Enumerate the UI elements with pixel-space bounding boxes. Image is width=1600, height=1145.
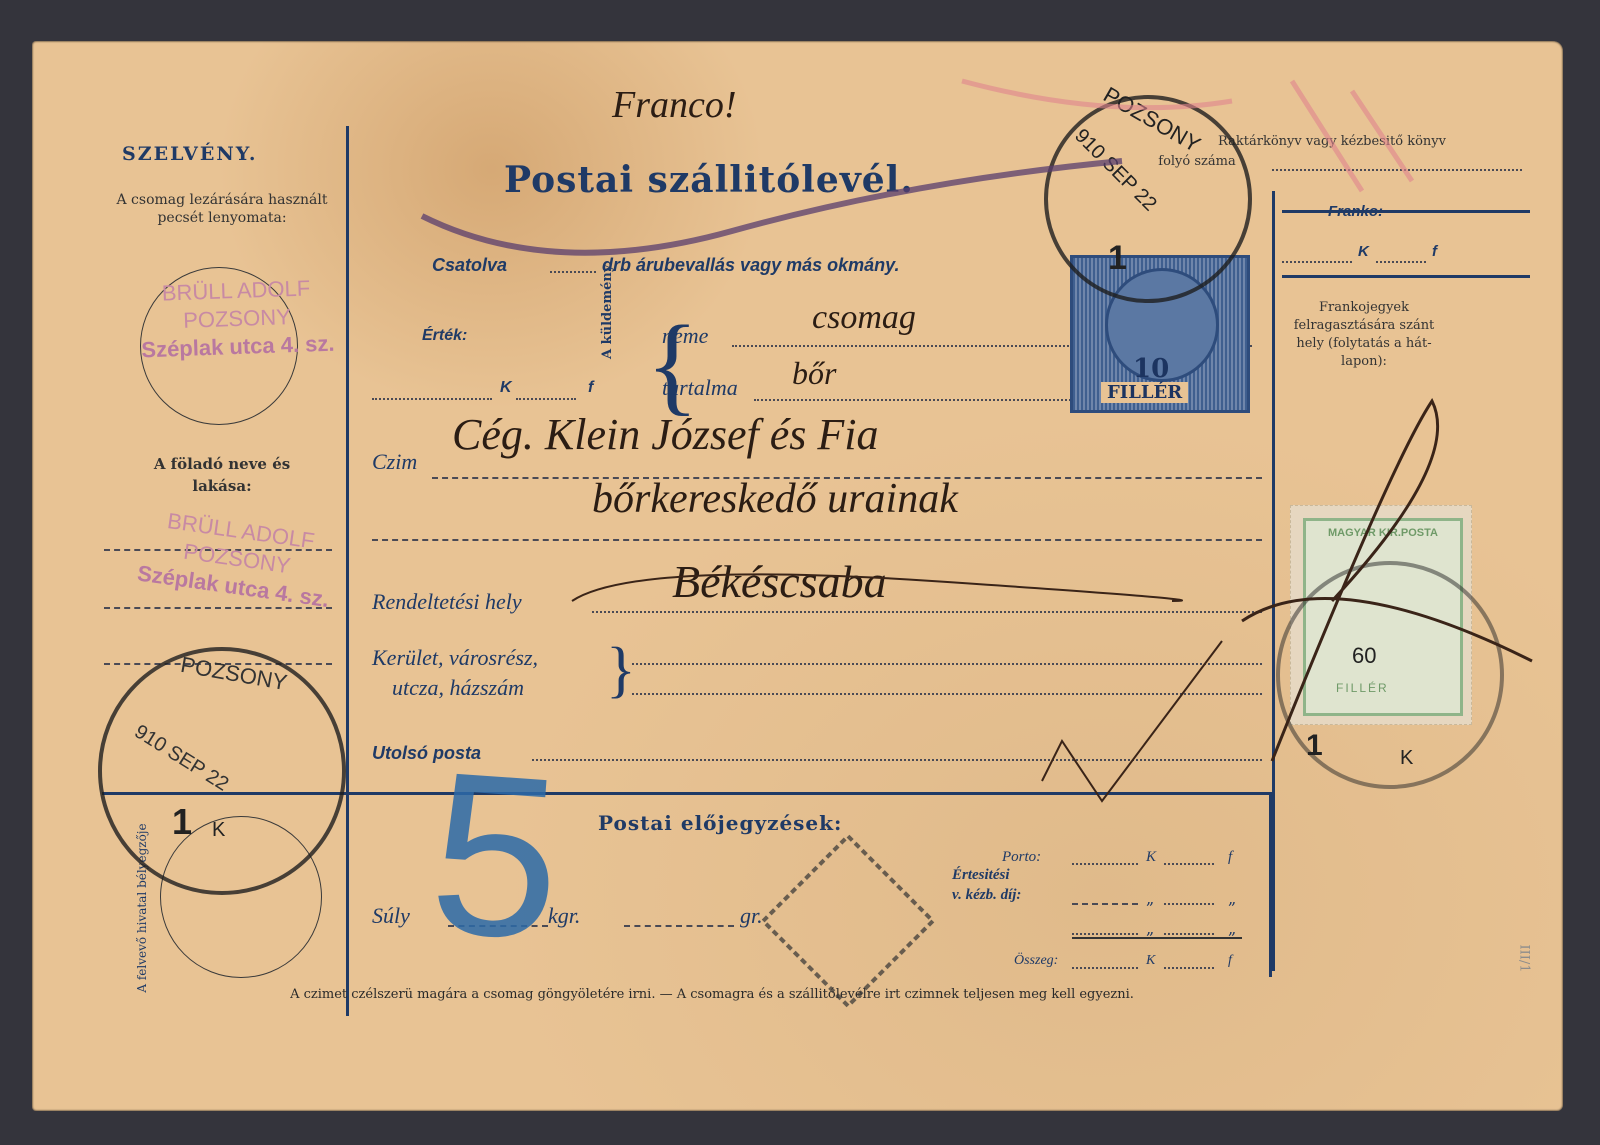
parcel-card: SZELVÉNY. A csomag lezárására használt p… bbox=[32, 41, 1563, 1111]
handwriting-strokes bbox=[32, 41, 1563, 1111]
registration-cachet bbox=[763, 836, 933, 1006]
